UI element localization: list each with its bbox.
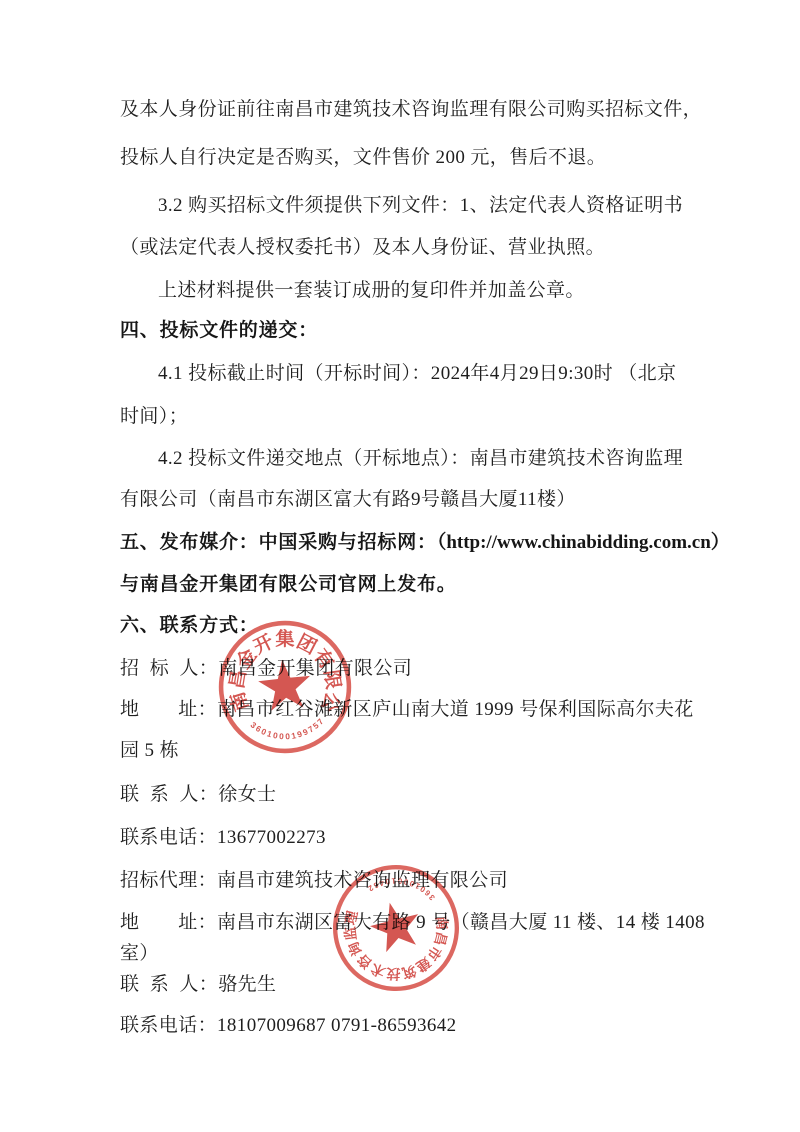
tenderer-phone: 联系电话：13677002273 <box>120 828 326 847</box>
text-line: （或法定代表人授权委托书）及本人身份证、营业执照。 <box>120 238 605 257</box>
official-seal-tenderer: 南昌金开集团有限公司 3601000199757 <box>194 596 376 778</box>
text-line: 及本人身份证前往南昌市建筑技术咨询监理有限公司购买招标文件， <box>120 100 702 119</box>
section-heading-submission: 四、投标文件的递交： <box>120 321 318 340</box>
seal-star-icon <box>366 897 426 955</box>
agency-address-line2: 室） <box>120 944 159 963</box>
seal-star-icon <box>256 657 313 712</box>
official-seal-agency: 南昌市建筑技术咨询监理有限公司 360100010462 <box>312 844 481 1013</box>
text-line: 4.1 投标截止时间（开标时间）：2024年4月29日9:30时 （北京 <box>158 364 676 383</box>
text-line: 3.2 购买招标文件须提供下列文件：1、法定代表人资格证明书 <box>158 196 683 215</box>
svg-text:南昌金开集团有限公司: 南昌金开集团有限公司 <box>194 596 347 730</box>
text-line: 时间）； <box>120 407 188 426</box>
agency-contact-person: 联 系 人：骆先生 <box>120 975 276 994</box>
section-heading-media-cont: 与南昌金开集团有限公司官网上发布。 <box>120 575 457 594</box>
text-line: 投标人自行决定是否购买，文件售价 200 元，售后不退。 <box>120 148 606 167</box>
text-line: 上述材料提供一套装订成册的复印件并加盖公章。 <box>158 281 585 300</box>
tenderer-contact-person: 联 系 人：徐女士 <box>120 785 276 804</box>
agency-phone: 联系电话：18107009687 0791-86593642 <box>120 1016 457 1035</box>
document-page: 及本人身份证前往南昌市建筑技术咨询监理有限公司购买招标文件， 投标人自行决定是否… <box>0 0 800 1132</box>
media-url: （http://www.chinabidding.com.cn） <box>437 532 730 553</box>
text-line: 有限公司（南昌市东湖区富大有路9号赣昌大厦11楼） <box>120 490 576 509</box>
tenderer-address-line2: 园 5 栋 <box>120 741 179 760</box>
seal-serial-text: 360100010462 <box>364 874 438 902</box>
text-line: 4.2 投标文件递交地点（开标地点）：南昌市建筑技术咨询监理 <box>158 449 683 468</box>
media-heading-text: 五、发布媒介：中国采购与招标网： <box>120 532 437 553</box>
section-heading-media: 五、发布媒介：中国采购与招标网：（http://www.chinabidding… <box>120 533 730 552</box>
seal-company-text: 南昌金开集团有限公司 <box>194 596 347 730</box>
svg-text:360100010462: 360100010462 <box>364 874 438 902</box>
